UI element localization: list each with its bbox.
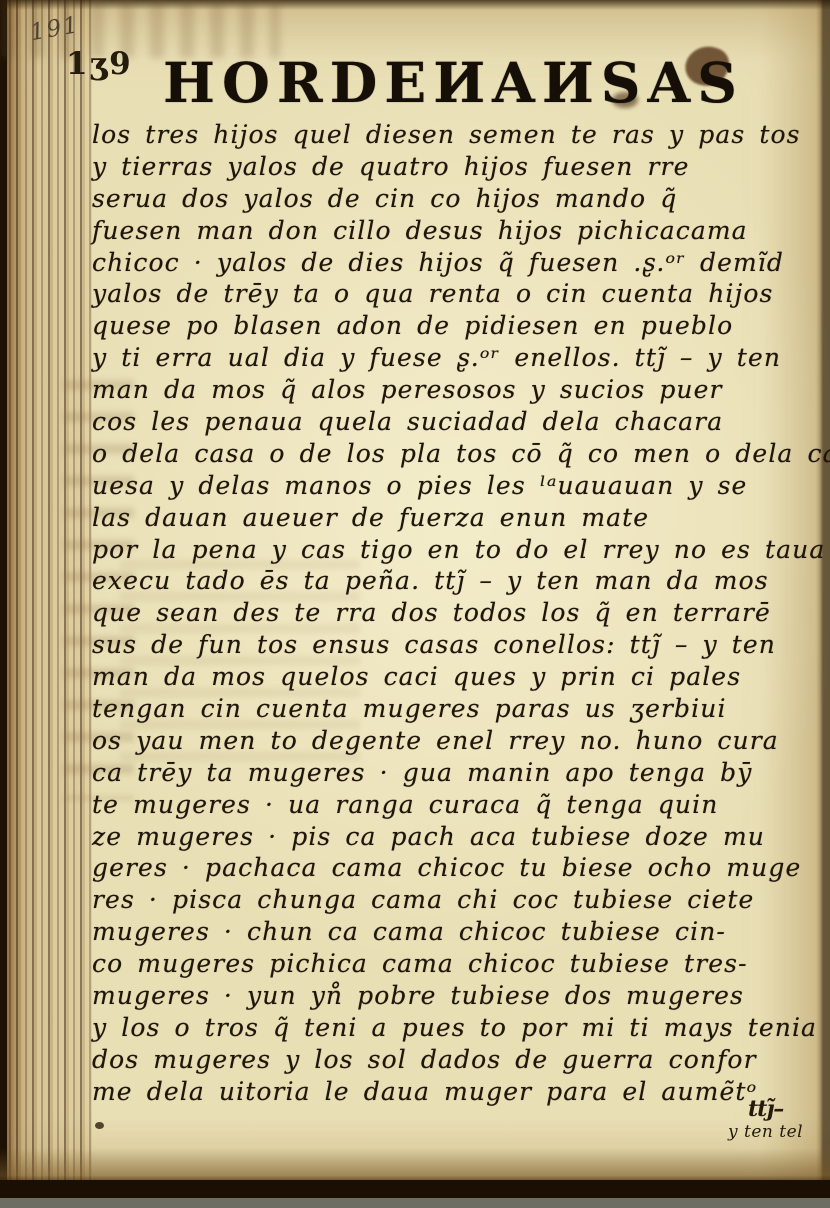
ink-speck: [95, 1122, 104, 1129]
manuscript-line: dos mugeres y los sol dados de guerra co…: [92, 1044, 814, 1076]
manuscript-line: quese po blasen adon de pidiesen en pueb…: [92, 310, 814, 342]
manuscript-line: las dauan aueuer de fuerza enun mate: [92, 502, 814, 534]
manuscript-line: me dela uitoria le daua muger para el au…: [92, 1076, 814, 1108]
manuscript-line: o dela casa o de los pla tos cō q̃ co me…: [92, 438, 814, 470]
manuscript-text-block: los tres hijos quel diesen semen te ras …: [92, 119, 814, 1108]
manuscript-line: cos les penaua quela suciadad dela chaca…: [92, 406, 814, 438]
manuscript-line: man da mos quelos caci ques y prin ci pa…: [92, 661, 814, 693]
manuscript-line: ca trēy ta mugeres · gua manin apo tenga…: [92, 757, 814, 789]
binding-spine-edge: [0, 0, 7, 1208]
book-board-bottom: [0, 1180, 830, 1200]
manuscript-line: ze mugeres · pis ca pach aca tubiese doz…: [92, 821, 814, 853]
manuscript-line: mugeres · chun ca cama chicoc tubiese ci…: [92, 916, 814, 948]
manuscript-line: los tres hijos quel diesen semen te ras …: [92, 119, 814, 151]
page-edge-bottom-shadow: [0, 1148, 830, 1182]
manuscript-line: man da mos q̃ alos peresosos y sucios pu…: [92, 374, 814, 406]
page-edge-right: [816, 0, 830, 1208]
manuscript-line: yalos de trēy ta o qua renta o cin cuent…: [92, 278, 814, 310]
manuscript-page: 191 1ʒ9 HORDEИAИSAS los tres hijos quel …: [0, 0, 830, 1208]
manuscript-line: sus de fun tos ensus casas conellos: ttȷ…: [92, 629, 814, 661]
page-title: HORDEИAИSAS: [163, 50, 763, 115]
manuscript-line: que sean des te rra dos todos los q̃ en …: [92, 597, 814, 629]
manuscript-line: res · pisca chunga cama chi coc tubiese …: [92, 884, 814, 916]
manuscript-line: por la pena y cas tigo en to do el rrey …: [92, 534, 814, 566]
folio-number-ink: 1ʒ9: [66, 46, 133, 82]
manuscript-line: mugeres · yun yn̊ pobre tubiese dos muge…: [92, 980, 814, 1012]
manuscript-line: te mugeres · ua ranga curaca q̃ tenga qu…: [92, 789, 814, 821]
catchword: y ten tel: [728, 1122, 803, 1142]
manuscript-line: co mugeres pichica cama chicoc tubiese t…: [92, 948, 814, 980]
manuscript-line: y los o tros q̃ teni a pues to por mi ti…: [92, 1012, 814, 1044]
manuscript-line: serua dos yalos de cin co hijos mando q̃: [92, 183, 814, 215]
manuscript-line: fuesen man don cillo desus hijos pichica…: [92, 215, 814, 247]
manuscript-line: uesa y delas manos o pies les ˡᵃuauauan …: [92, 470, 814, 502]
manuscript-line: chicoc · yalos de dies hijos q̃ fuesen .…: [92, 247, 814, 279]
paragraph-mark: ttȷ̃–: [748, 1096, 783, 1122]
manuscript-line: geres · pachaca cama chicoc tu biese och…: [92, 852, 814, 884]
manuscript-line: y tierras yalos de quatro hijos fuesen r…: [92, 151, 814, 183]
binding-page-edges: [0, 0, 92, 1208]
manuscript-line: execu tado ēs ta peña. ttȷ̃ – y ten man …: [92, 565, 814, 597]
manuscript-line: tengan cin cuenta mugeres paras us ʒerbi…: [92, 693, 814, 725]
manuscript-line: y ti erra ual dia y fuese ʂ.ᵒʳ enellos. …: [92, 342, 814, 374]
manuscript-line: os yau men to degente enel rrey no. huno…: [92, 725, 814, 757]
table-surface-strip: [0, 1198, 830, 1208]
